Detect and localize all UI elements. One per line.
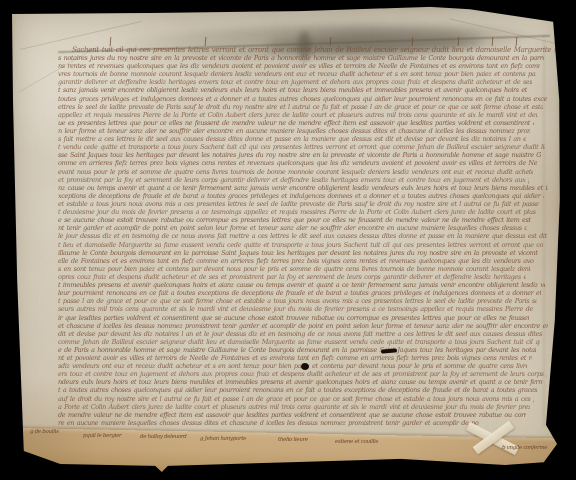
manuscript-line: e se aucune chose estoit trouvee rabatue… xyxy=(58,216,532,224)
signature: g Jehan hanyporte xyxy=(200,436,246,442)
manuscript-line: t passe l an de grace et pour ce que ce … xyxy=(58,297,537,305)
manuscript-line: et estable a tous jours nous avons mis a… xyxy=(58,200,540,208)
seal-tag-cross xyxy=(462,416,524,464)
manuscript-line: t sanz jamais venir encontre obligierent… xyxy=(58,86,527,94)
manuscript-line: opres couz fraiz et despens dudit achete… xyxy=(58,273,526,281)
manuscript-line: leur pourroient renoncans en ce fait a t… xyxy=(58,289,541,297)
manuscript-line: sdiz vendeurs ont euz et receuz dudit ac… xyxy=(58,362,527,370)
manuscript-line: ue es presentes lettres que pour ce elle… xyxy=(58,119,534,127)
manuscript-line: et promistrent par la foy et serement de… xyxy=(58,176,529,184)
manuscript-line: de mendre valeur ne de mendre effect ite… xyxy=(58,411,526,419)
manuscript-line: auf le droit du roy nostre sire et l aut… xyxy=(58,395,534,403)
manuscript-line: t vendu cede quitte et transporte a tous… xyxy=(58,143,545,151)
parchment-sheet: Sachent tuit cil qui ces presentes lettr… xyxy=(10,5,562,472)
manuscript-line: nz cause ou temps avenir et quant a ce t… xyxy=(58,184,548,192)
signature: g de boullis xyxy=(30,429,59,435)
manuscript-line: comme Jehan de Bailleul escuier seigneur… xyxy=(58,338,540,346)
signature: de halloy deleuord xyxy=(140,434,186,440)
manuscript-line: s notaires jures du roy nostre sire en l… xyxy=(58,54,544,62)
manuscript-line: Sachent tuit cil qui ces presentes lettr… xyxy=(58,45,562,54)
manuscript-line: t lieu et damoiselle Marguerite sa fame … xyxy=(58,241,543,249)
manuscript-line: sse Saint Jaques touz les heritages par … xyxy=(58,151,541,159)
manuscript-line: ir que lesdites parties voldrent et cons… xyxy=(58,314,529,322)
manuscript-line: evant nous pour le pris et somme de quat… xyxy=(58,168,533,176)
manuscript-line: le jour dessus diz et en tesmoing de ce … xyxy=(58,232,547,240)
manuscript-line: nt tenir garder et acomplir de point en … xyxy=(58,224,527,232)
manuscript-line: seurs autres mil trois cens quarante et … xyxy=(58,305,533,313)
manuscript-line: vres tournois de bonne monnoie courant l… xyxy=(58,70,536,78)
signature: thelio lieure xyxy=(278,437,308,443)
manuscript-line: illaume le Conte bourgois demourant en l… xyxy=(58,249,538,257)
manuscript-line: dit et devise par devant les diz notaire… xyxy=(58,330,544,338)
manuscript-line: nt et povoient avoir es villes et terroi… xyxy=(58,354,532,362)
manuscript-line: e de Paris a honnorable homme et sage ma… xyxy=(58,346,536,354)
manuscript-line: xceptions de deceptions de fraude et de … xyxy=(58,192,544,200)
manuscript-line: re en aucune maniere lesquelles choses d… xyxy=(58,419,479,427)
manuscript-line: appellez et requis messires Pierre de la… xyxy=(58,111,538,119)
manuscript-line: s fait mettre a ces lettres le dit seel … xyxy=(58,135,526,143)
manuscript-line: t immeubles presens et avenir quelconque… xyxy=(58,281,545,289)
manuscript-line: a Porte et Colin Aubert clers jurez de l… xyxy=(58,403,530,411)
manuscript-line: ndeurs eulx leurs hoirs et touz leurs bi… xyxy=(58,378,543,386)
manuscript-line: n leur forme et teneur sanz aler ne souf… xyxy=(58,127,530,135)
ink-blot xyxy=(301,363,309,370)
scan-background: Sachent tuit cil qui ces presentes lettr… xyxy=(0,0,576,480)
manuscript-line: ettres le seel de ladite prevoste de Par… xyxy=(58,103,543,111)
manuscript-line: elle de Fontaines et es environs tant en… xyxy=(58,257,534,265)
signature: pquil le bergier xyxy=(83,433,121,439)
manuscript-line: omme en arrieres fiefz terres prez bois … xyxy=(58,159,537,167)
manuscript-line: et chascune d icelles les dessus nommez … xyxy=(58,322,548,330)
manuscript-line: ers touz et contre touz en jugement et d… xyxy=(58,370,547,378)
manuscript-line: garantir delivrer et deffendre lesdiz he… xyxy=(58,78,532,86)
ink-blot xyxy=(554,339,558,343)
manuscript-line: t deuxiesme jour du mois de fevrier pres… xyxy=(58,208,536,216)
manuscript-line: s en sont tenuz pour bien paiez et conte… xyxy=(58,265,530,273)
manuscript-line: toutes graces privileges et indulgences … xyxy=(58,95,547,103)
signature: estiene et couillis xyxy=(335,439,378,445)
manuscript-line: ns rentes et revenues quelconques que le… xyxy=(58,62,540,70)
signature: b vngile conferme xyxy=(502,445,547,451)
manuscript-line: t a toutes autres choses quelconques qui… xyxy=(58,386,538,394)
